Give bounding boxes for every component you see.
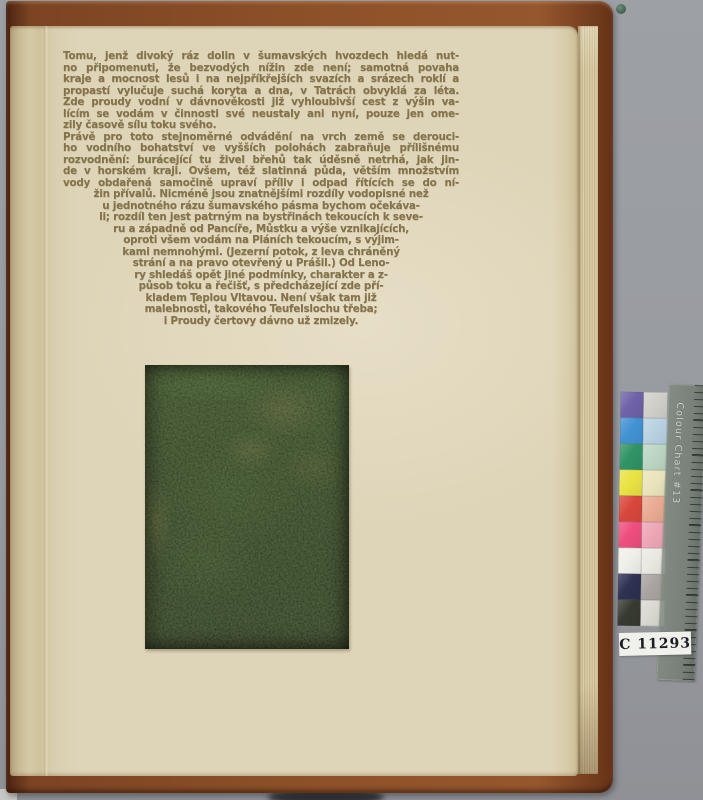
etching-plate [145,365,349,649]
text-line: malebnosti, takového Teufelslochu třeba; [63,304,459,316]
text-line: působ toku a řečišť, s předcházející zde… [63,281,459,293]
text-line: Tomu, jenž divoký ráz dolin v šumavských… [63,51,459,63]
text-line: de v horském kraji. Ovšem, též slatinná … [63,166,459,178]
text-line: Zde proudy vodní v dávnověkosti již vyhl… [63,97,459,109]
color-patch [618,522,641,548]
ruler-label: Colour Chart #13 [663,402,685,632]
color-patch [620,418,643,444]
color-patch [643,444,667,470]
text-line: kraje a mocnost lesů i na nejpříkřejších… [63,74,459,86]
etching-vignette [145,365,349,649]
color-patch [619,470,642,496]
book-page: Tomu, jenž divoký ráz dolin v šumavských… [10,26,578,776]
color-patch [643,392,667,418]
color-patch [620,444,643,470]
color-patch [618,574,641,600]
color-patch [620,392,643,418]
specimen-label: C 11293 [619,631,691,656]
photo-canvas: Tomu, jenž divoký ráz dolin v šumavských… [0,0,703,800]
color-patch [618,548,641,574]
backdrop-dot [616,4,626,14]
text-block: Tomu, jenž divoký ráz dolin v šumavských… [63,51,459,327]
color-patch [619,496,642,522]
text-line: zily časově sílu toku svého. [63,120,459,132]
text-line: žin přívalů. Nicméně jsou znatnějšími ro… [63,189,459,201]
color-patch [617,600,640,626]
text-line: li; rozdíl ten jest patrným na bystřinác… [63,212,459,224]
text-line: ho vodního bohatství ve vyšších polohách… [63,143,459,155]
text-line: i Proudy čertovy dávno už zmizely. [63,316,459,328]
text-line: oproti všem vodám na Pláních tekoucím, s… [63,235,459,247]
color-patch [643,418,667,444]
page-fore-edge [578,26,598,774]
color-chart: Colour Chart #13 C 11293 [617,392,667,627]
text-line: strání a na pravo otevřený u Prášil.) Od… [63,258,459,270]
book-cover: Tomu, jenž divoký ráz dolin v šumavských… [6,1,613,793]
color-patch [642,470,666,496]
